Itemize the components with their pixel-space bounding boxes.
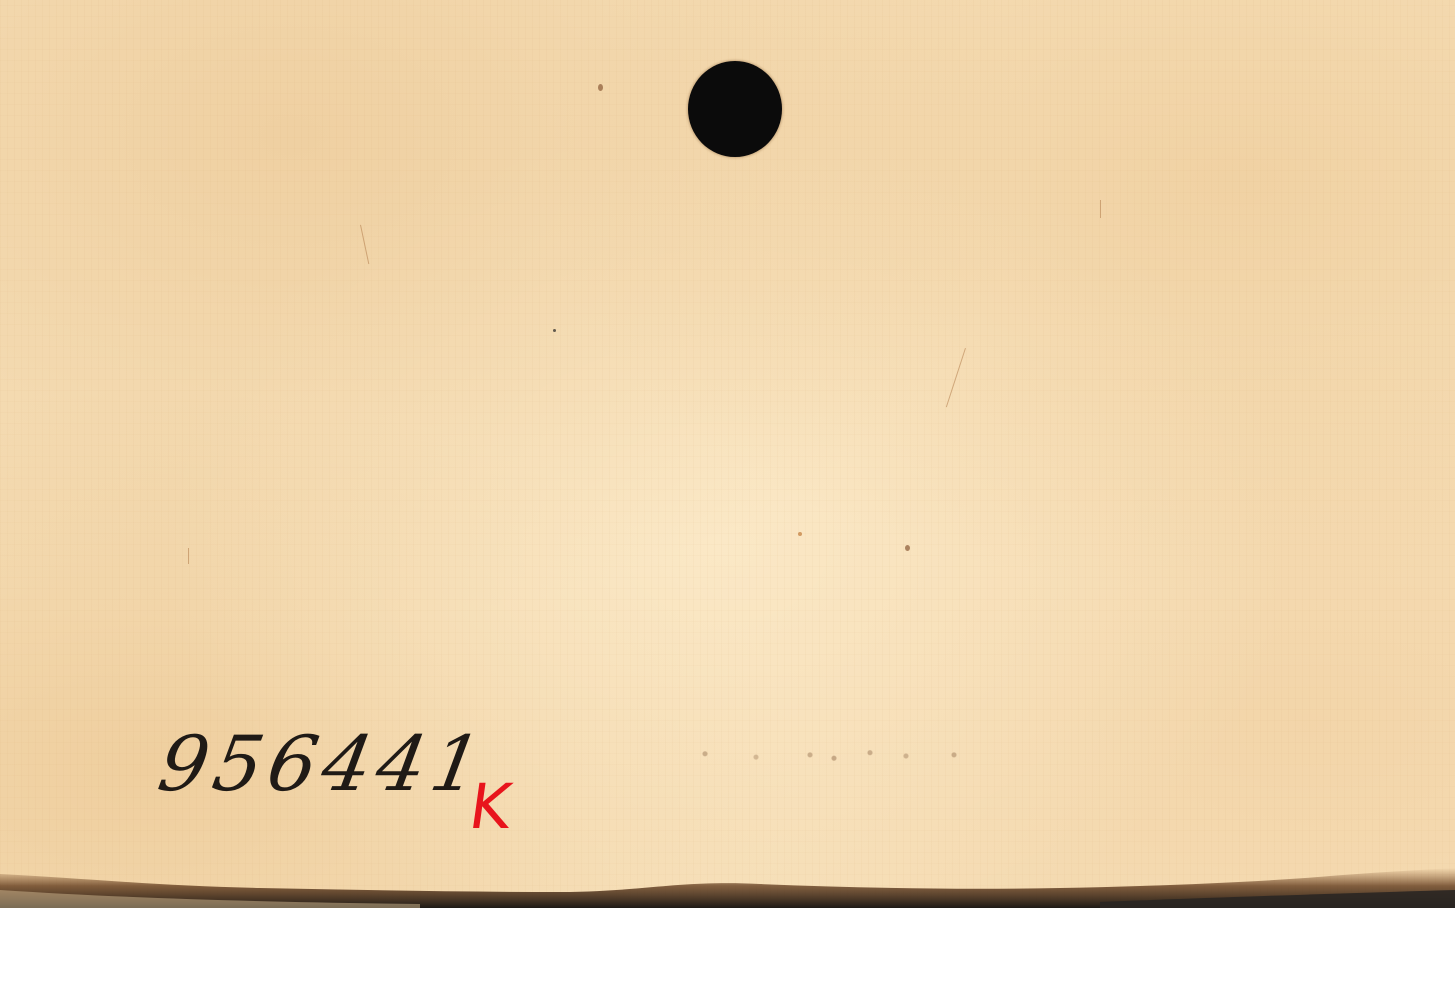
paper-speck bbox=[798, 532, 802, 536]
handwritten-catalog-number: 956441 bbox=[153, 726, 493, 802]
punch-hole bbox=[688, 61, 782, 157]
paper-speck bbox=[598, 84, 603, 91]
paper-fibre bbox=[1100, 200, 1101, 218]
paper-speck bbox=[905, 545, 910, 551]
paper-speck bbox=[553, 329, 556, 332]
torn-bottom-edge bbox=[0, 868, 1455, 908]
paper-fibre bbox=[360, 225, 369, 264]
paper-fibre bbox=[946, 348, 966, 407]
handwritten-red-mark: K bbox=[466, 776, 515, 838]
bleed-through-text bbox=[690, 745, 990, 767]
paper-fibre bbox=[188, 548, 189, 564]
scanned-card: 956441 K bbox=[0, 0, 1455, 908]
